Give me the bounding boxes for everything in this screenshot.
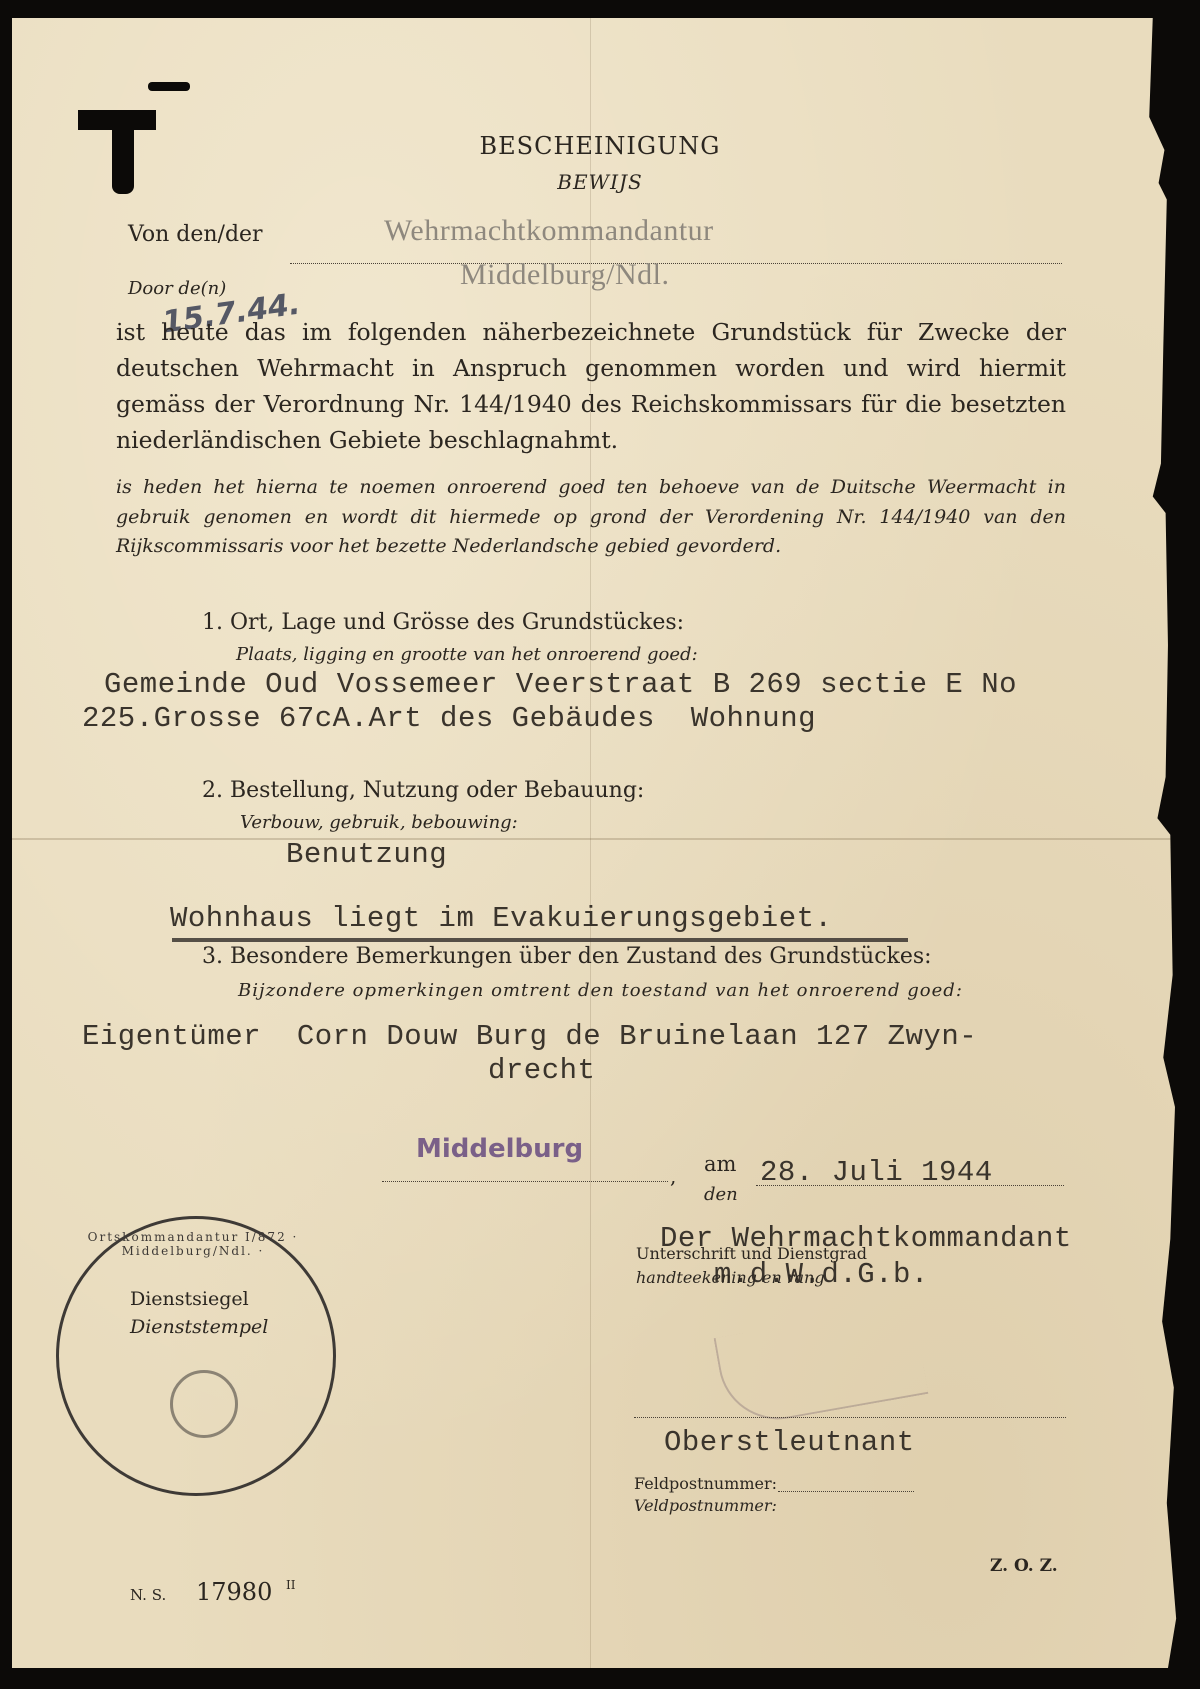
section-2-typed-note: Wohnhaus liegt im Evakuierungsgebiet. <box>170 902 832 935</box>
section-2-heading: 2. Bestellung, Nutzung oder Bebauung: <box>202 778 644 803</box>
section-3-heading-nl: Bijzondere opmerkingen omtrent den toest… <box>238 980 963 1001</box>
section-1-typed-line2: 225.Grosse 67cA.Art des Gebäudes Wohnung <box>82 702 816 735</box>
body-text-dutch: is heden het hierna te noemen onroerend … <box>116 473 1066 562</box>
signature-dotted-line <box>634 1416 1066 1418</box>
feldpost-label: Feldpostnummer: <box>634 1474 777 1493</box>
am-label: am <box>704 1152 736 1176</box>
zoz-mark: Z. O. Z. <box>990 1556 1058 1576</box>
date-dotted-line <box>756 1184 1064 1186</box>
place-stamp: Middelburg <box>416 1134 583 1164</box>
section-1-heading: 1. Ort, Lage und Grösse des Grundstückes… <box>202 610 684 635</box>
place-dotted-line <box>382 1180 668 1182</box>
section-3-typed-line1: Eigentümer Corn Douw Burg de Bruinelaan … <box>82 1020 977 1053</box>
fold-line-horizontal <box>12 838 1182 840</box>
form-suffix: II <box>286 1578 295 1592</box>
section-2-typed-value: Benutzung <box>286 838 447 871</box>
seal-label-nl: Dienststempel <box>130 1316 268 1338</box>
punch-hole-dash <box>148 82 190 91</box>
section-2-heading-nl: Verbouw, gebruik, bebouwing: <box>240 812 518 833</box>
section-3-heading: 3. Besondere Bemerkungen über den Zustan… <box>202 944 932 969</box>
rank-typed: Oberstleutnant <box>664 1426 915 1459</box>
document-subtitle: BEWIJS <box>0 170 1200 194</box>
seal-label-de: Dienstsiegel <box>130 1288 249 1310</box>
issuer-stamp-line1: Wehrmachtkommandantur <box>384 214 714 248</box>
issuer-stamp-line2: Middelburg/Ndl. <box>460 258 669 292</box>
signature-label-nl: handteekening en rang <box>636 1268 825 1287</box>
official-seal <box>56 1216 336 1496</box>
typed-note-underline <box>172 938 908 942</box>
section-1-typed-line1: Gemeinde Oud Vossemeer Veerstraat B 269 … <box>104 668 1017 701</box>
body-text-german: ist heute das im folgenden näherbezeichn… <box>116 314 1066 458</box>
document-title: BESCHEINIGUNG <box>0 132 1200 160</box>
section-3-typed-line2: drecht <box>488 1054 595 1087</box>
from-label: Von den/der <box>128 222 263 247</box>
form-number: 17980 <box>196 1578 272 1606</box>
from-dotted-line <box>290 262 1062 264</box>
form-prefix: N. S. <box>130 1586 166 1604</box>
seal-ring-text: Ortskommandantur I/872 · Middelburg/Ndl.… <box>70 1230 316 1258</box>
section-1-heading-nl: Plaats, ligging en grootte van het onroe… <box>236 644 698 665</box>
from-label-nl: Door de(n) <box>128 278 226 299</box>
veldpost-label: Veldpostnummer: <box>634 1496 777 1515</box>
den-label: den <box>704 1184 738 1205</box>
seal-emblem-placeholder <box>170 1370 238 1438</box>
feldpost-dotted-line <box>778 1490 914 1492</box>
